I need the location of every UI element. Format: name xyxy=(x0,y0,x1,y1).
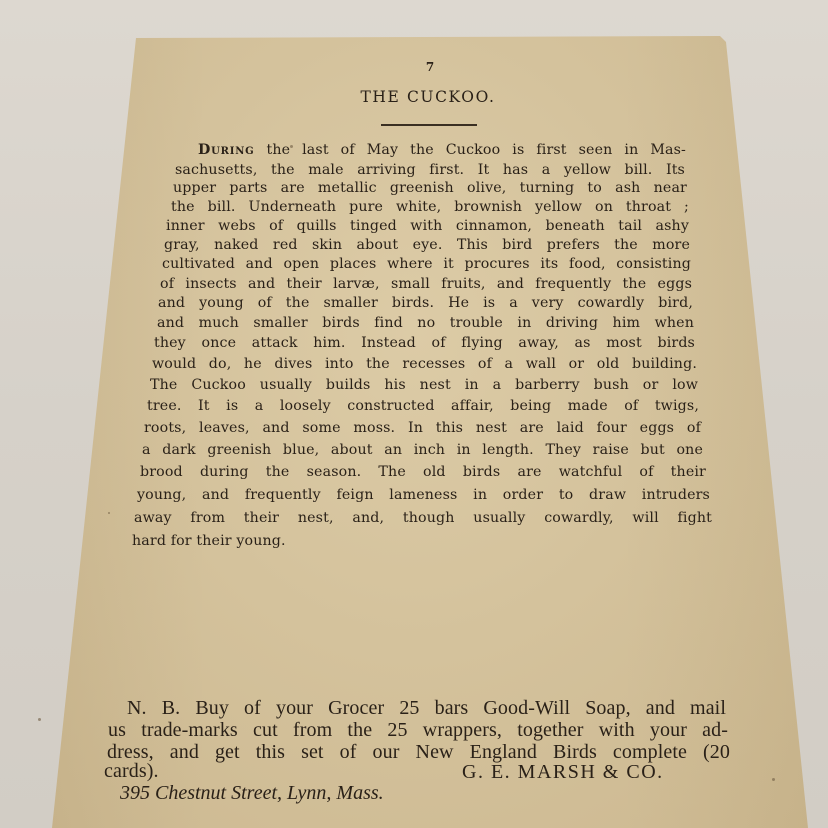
body-line-6: gray, naked red skin about eye. This bir… xyxy=(164,235,690,255)
page-number: 7 xyxy=(0,60,828,74)
notice-line-1: N. B. Buy of your Grocer 25 bars Good-Wi… xyxy=(127,697,726,719)
body-line-5: inner webs of quills tinged with cinnamo… xyxy=(166,216,689,236)
paper-speck xyxy=(290,145,293,148)
company-name: G. E. MARSH & CO. xyxy=(462,761,664,784)
body-line-12: would do, he dives into the recesses of … xyxy=(152,354,697,374)
company-address: 395 Chestnut Street, Lynn, Mass. xyxy=(120,782,384,805)
drop-lead-word: During xyxy=(198,142,255,158)
body-line-8: of insects and their larvæ, small fruits… xyxy=(160,274,692,294)
title-divider xyxy=(381,124,477,126)
body-line-18: young, and frequently feign lameness in … xyxy=(137,485,710,505)
paper-speck xyxy=(38,718,41,721)
body-line-17: brood during the season. The old birds a… xyxy=(140,462,706,482)
body-line-3: upper parts are metallic greenish olive,… xyxy=(173,178,687,198)
body-line-1: During the last of May the Cuckoo is fir… xyxy=(198,140,686,160)
paper-speck xyxy=(772,778,775,781)
card-title: THE CUCKOO. xyxy=(0,88,828,106)
body-line-19: away from their nest, and, though usuall… xyxy=(134,508,712,528)
paper-speck xyxy=(108,512,110,514)
body-line-11: they once attack him. Instead of flying … xyxy=(154,333,695,353)
notice-line-3: dress, and get this set of our New Engla… xyxy=(107,741,730,763)
body-line-16: a dark greenish blue, about an inch in l… xyxy=(142,440,703,460)
body-line-4: the bill. Underneath pure white, brownis… xyxy=(171,197,689,217)
body-line-7: cultivated and open places where it proc… xyxy=(162,254,691,274)
body-line-9: and young of the smaller birds. He is a … xyxy=(158,293,693,313)
body-line-20: hard for their young. xyxy=(132,531,372,551)
body-line-10: and much smaller birds find no trouble i… xyxy=(157,313,694,333)
body-line-15: roots, leaves, and some moss. In this ne… xyxy=(144,418,701,438)
body-line-13: The Cuckoo usually builds his nest in a … xyxy=(150,375,698,395)
notice-line-2: us trade-marks cut from the 25 wrappers,… xyxy=(108,719,728,741)
notice-line-4: cards). xyxy=(104,760,184,782)
body-line-14: tree. It is a loosely constructed affair… xyxy=(147,396,699,416)
body-line-2: sachusetts, the male arriving first. It … xyxy=(175,160,685,180)
